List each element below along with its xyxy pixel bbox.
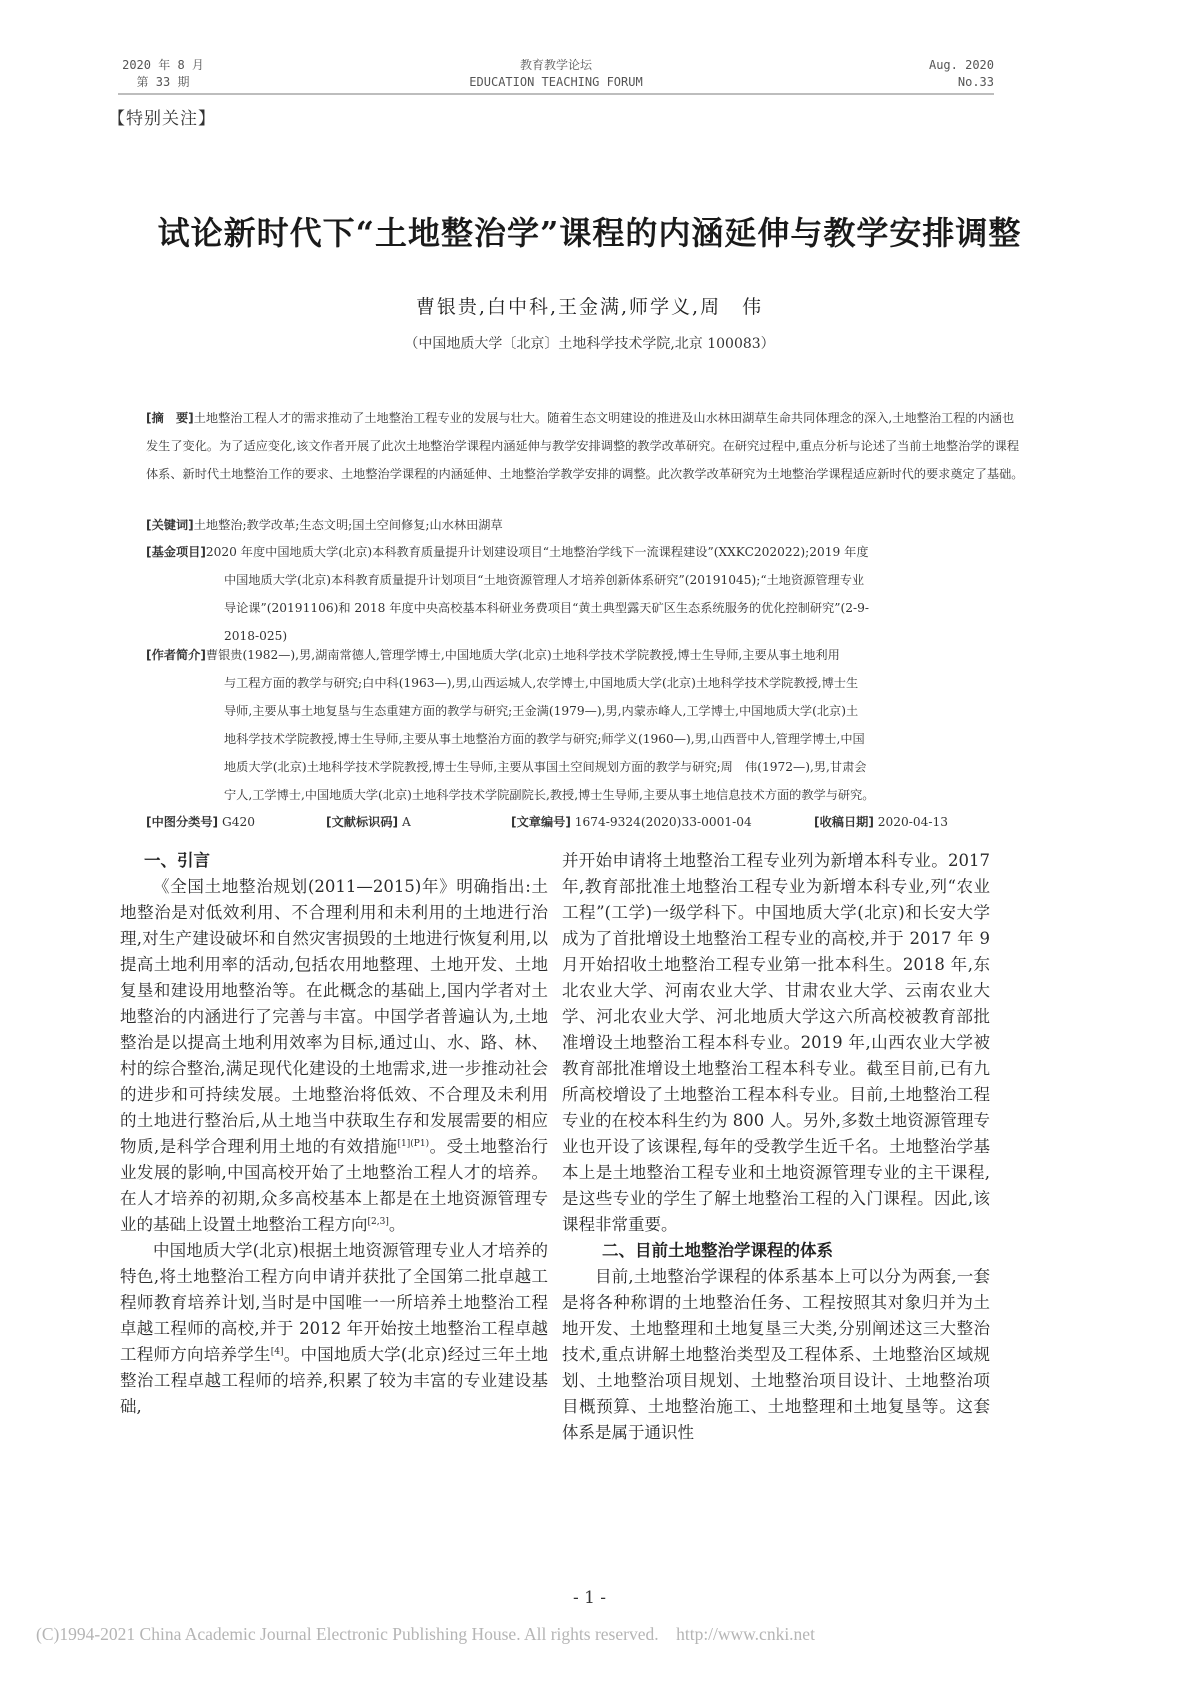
paragraph: 《全国土地整治规划(2011—2015)年》明确指出:土地整治是对低效利用、不合… <box>120 874 548 1238</box>
clc-number: [中图分类号] G420 <box>146 813 255 830</box>
document-code: [文献标识码] A <box>326 813 411 830</box>
paper-title: 试论新时代下“土地整治学”课程的内涵延伸与教学安排调整 <box>0 208 1179 254</box>
body-column-right: 并开始申请将土地整治工程专业列为新增本科专业。2017 年,教育部批准土地整治工… <box>562 848 990 1446</box>
journal-name: 教育教学论坛 EDUCATION TEACHING FORUM <box>118 57 994 91</box>
paragraph: 目前,土地整治学课程的体系基本上可以分为两套,一套是将各种称谓的土地整治任务、工… <box>562 1264 990 1446</box>
abstract-label: [摘 要] <box>146 411 194 425</box>
issue-date-en: Aug. 2020 No.33 <box>929 57 994 91</box>
keywords-label: [关键词] <box>146 518 194 532</box>
affiliation: （中国地质大学〔北京〕土地科学技术学院,北京 100083） <box>0 333 1179 353</box>
article-number: [文章编号] 1674-9324(2020)33-0001-04 <box>511 813 752 830</box>
abstract: [摘 要]土地整治工程人才的需求推动了土地整治工程专业的发展与壮大。随着生态文明… <box>146 404 1026 488</box>
author-bio: [作者简介]曹银贵(1982—),男,湖南常德人,管理学博士,中国地质大学(北京… <box>146 641 1026 809</box>
page-number: - 1 - <box>0 1588 1179 1608</box>
author-list: 曹银贵,白中科,王金满,师学义,周 伟 <box>0 292 1179 319</box>
abstract-text: 土地整治工程人才的需求推动了土地整治工程专业的发展与壮大。随着生态文明建设的推进… <box>146 411 1024 481</box>
funding: [基金项目]2020 年度中国地质大学(北京)本科教育质量提升计划建设项目“土地… <box>146 538 1026 650</box>
citation: [2,3] <box>368 1217 389 1227</box>
journal-header: 2020 年 8 月 第 33 期 教育教学论坛 EDUCATION TEACH… <box>118 57 994 95</box>
section-heading-course-system: 二、目前土地整治学课程的体系 <box>562 1238 990 1264</box>
citation: [1](P1) <box>398 1139 430 1149</box>
keywords: [关键词]土地整治;教学改革;生态文明;国土空间修复;山水林田湖草 <box>146 511 1026 539</box>
section-tag: 【特别关注】 <box>108 104 216 129</box>
paragraph: 并开始申请将土地整治工程专业列为新增本科专业。2017 年,教育部批准土地整治工… <box>562 848 990 1238</box>
body-column-left: 一、引言 《全国土地整治规划(2011—2015)年》明确指出:土地整治是对低效… <box>120 848 548 1420</box>
funding-label: [基金项目] <box>146 545 206 559</box>
paragraph: 中国地质大学(北京)根据土地资源管理专业人才培养的特色,将土地整治工程方向申请并… <box>120 1238 548 1420</box>
keywords-text: 土地整治;教学改革;生态文明;国土空间修复;山水林田湖草 <box>194 518 503 532</box>
received-date: [收稿日期] 2020-04-13 <box>814 813 948 830</box>
bio-label: [作者简介] <box>146 648 206 662</box>
copyright-notice: (C)1994-2021 China Academic Journal Elec… <box>36 1624 815 1645</box>
citation: [4] <box>271 1347 284 1357</box>
section-heading-introduction: 一、引言 <box>120 848 548 874</box>
